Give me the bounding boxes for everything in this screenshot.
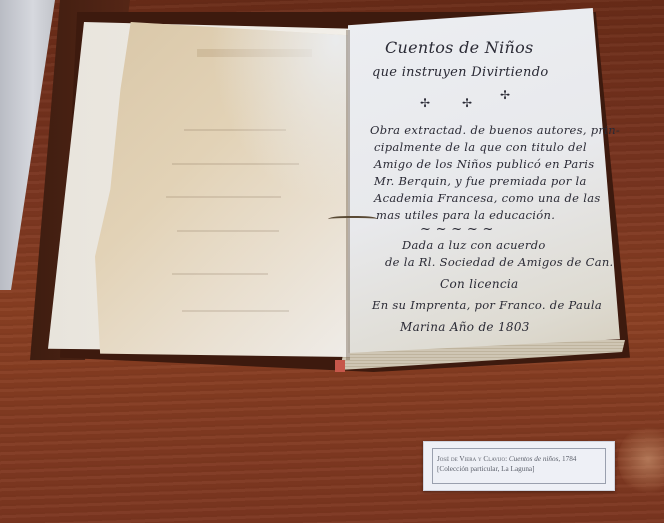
- ornament: ✢: [462, 96, 472, 111]
- manuscript-subtitle: que instruyen Divirtiendo: [372, 65, 548, 80]
- red-bookmark-thread: [335, 360, 345, 372]
- manuscript-title: Cuentos de Niños: [385, 38, 534, 57]
- label-author: José de Viera y Clavijo: [437, 455, 505, 463]
- manuscript-line: Con licencia: [440, 277, 519, 291]
- ornament: ✢: [500, 88, 510, 103]
- exhibit-label-frame: José de Viera y Clavijo: Cuentos de niño…: [432, 448, 606, 484]
- museum-display-photo: Cuentos de Niños que instruyen Divirtien…: [0, 0, 664, 523]
- manuscript-line: de la Rl. Sociedad de Amigos de Can.: [385, 255, 614, 269]
- exhibit-label: José de Viera y Clavijo: Cuentos de niño…: [423, 441, 615, 491]
- manuscript-line: Academia Francesa, como una de las: [374, 191, 601, 205]
- binding-thread: [328, 216, 378, 224]
- ornament: ✢: [420, 96, 430, 111]
- manuscript-line: En su Imprenta, por Franco. de Paula: [372, 298, 602, 312]
- manuscript-line: Mr. Berquin, y fue premiada por la: [374, 174, 587, 188]
- manuscript-line: cipalmente de la que con titulo del: [374, 140, 587, 154]
- book-spine: [346, 30, 350, 360]
- label-collection: [Colección particular, La Laguna]: [437, 465, 535, 473]
- tilde-rule: ~ ~ ~ ~ ~: [420, 222, 494, 237]
- manuscript-date: Marina Año de 1803: [400, 320, 530, 334]
- label-title: Cuentos de niños: [509, 455, 559, 463]
- manuscript-line: mas utiles para la educación.: [376, 208, 555, 222]
- manuscript-line: Obra extractad. de buenos autores, prin-: [370, 123, 620, 137]
- manuscript-line: Amigo de los Niños publicó en Paris: [374, 157, 594, 171]
- manuscript-line: Dada a luz con acuerdo: [402, 238, 546, 252]
- label-year: 1784: [562, 455, 576, 463]
- left-page-faded: [95, 22, 350, 357]
